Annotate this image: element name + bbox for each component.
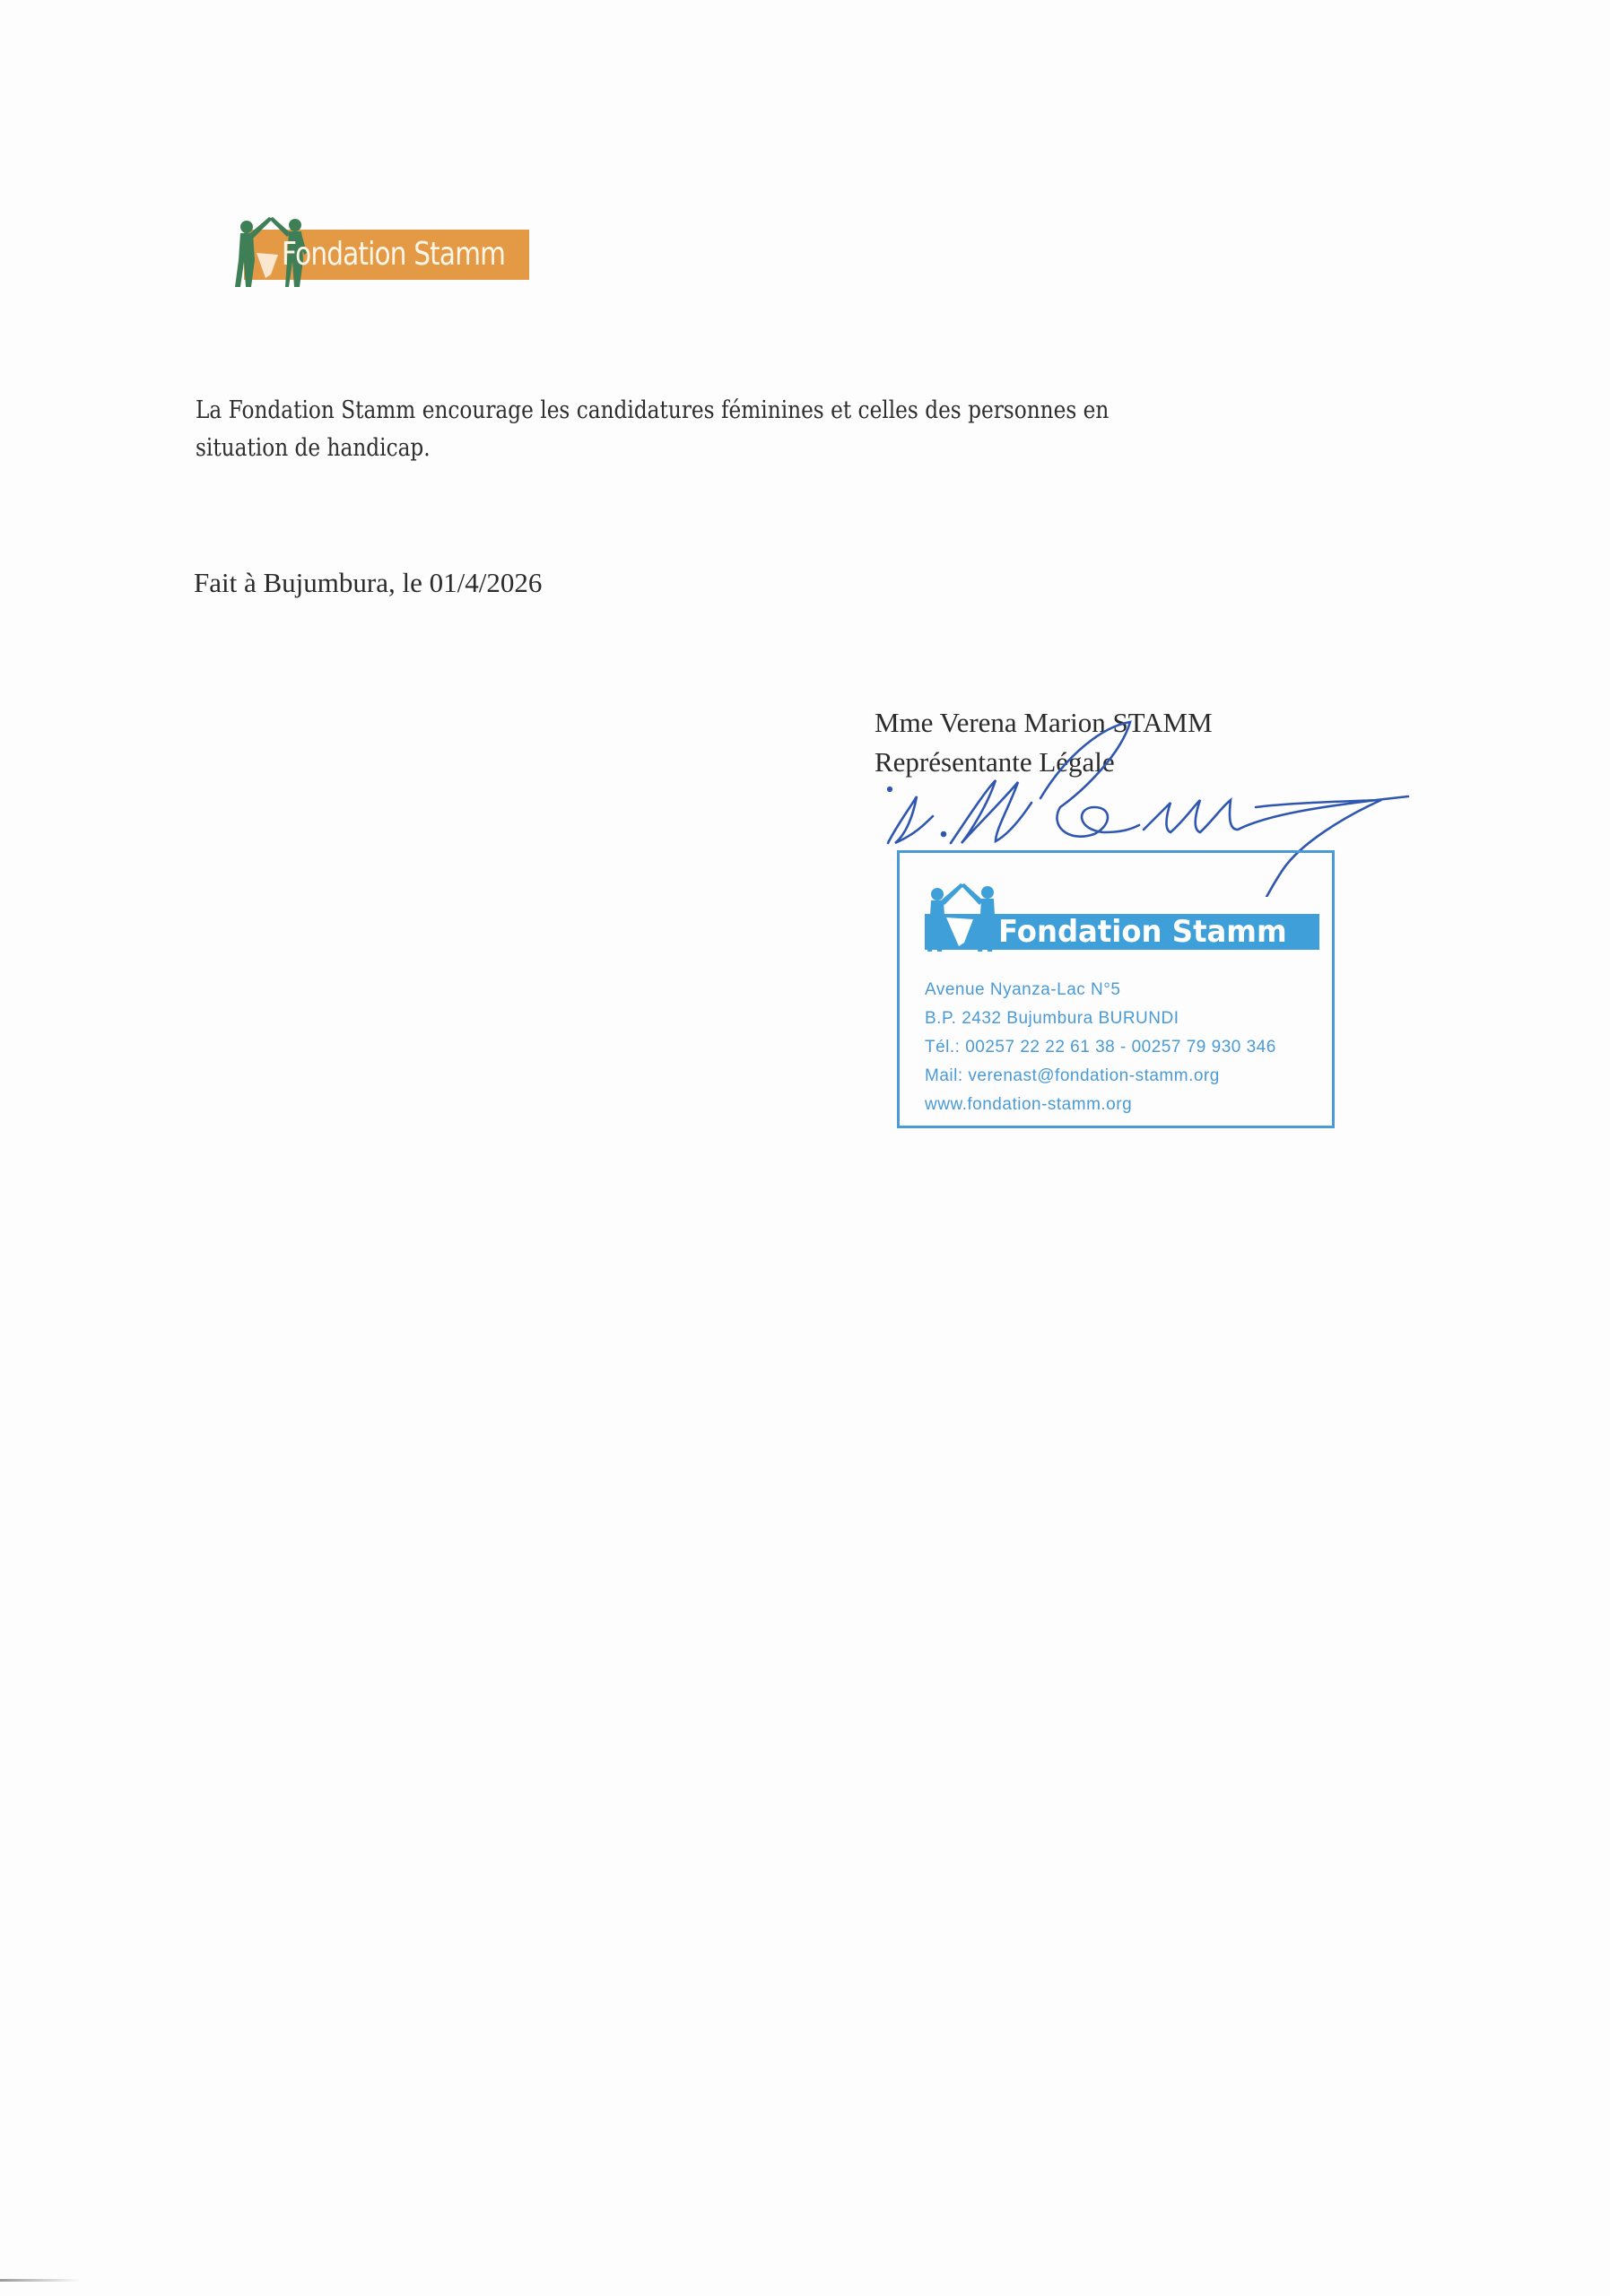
logo-text: Fondation Stamm: [282, 231, 505, 278]
place-and-date: Fait à Bujumbura, le 01/4/2026: [194, 567, 542, 599]
foundation-logo: Fondation Stamm: [208, 187, 549, 294]
body-paragraph-line-1: La Fondation Stamm encourage les candida…: [196, 396, 1109, 424]
body-paragraph-line-2: situation de handicap.: [196, 434, 431, 462]
stamp-logo-text: Fondation Stamm: [998, 910, 1287, 953]
stamp-phone: Tél.: 00257 22 22 61 38 - 00257 79 930 3…: [925, 1038, 1276, 1057]
stamp-po-box: B.P. 2432 Bujumbura BURUNDI: [925, 1009, 1179, 1029]
stamp-website: www.fondation-stamm.org: [925, 1095, 1132, 1115]
scan-edge-artifact: [0, 2279, 81, 2282]
organization-stamp: Fondation Stamm Avenue Nyanza-Lac N°5 B.…: [897, 850, 1335, 1128]
stamp-address: Avenue Nyanza-Lac N°5: [925, 980, 1120, 1000]
stamp-email: Mail: verenast@fondation-stamm.org: [925, 1066, 1220, 1086]
